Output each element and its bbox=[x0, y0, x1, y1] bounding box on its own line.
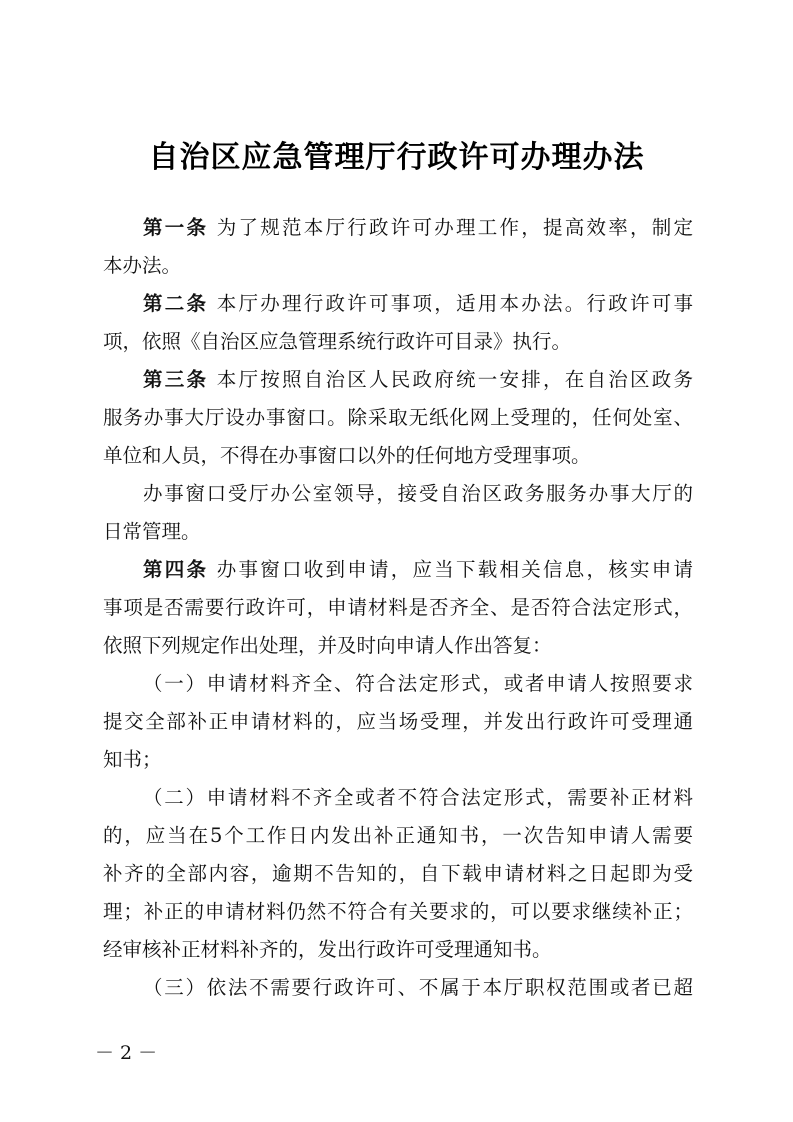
item-2-line-3: 补齐的全部内容，逾期不告知的，自下载申请材料之日起即为受 bbox=[103, 858, 693, 890]
article-label: 第四条 bbox=[143, 558, 208, 581]
page-number: － 2 － bbox=[95, 1038, 157, 1065]
item-2-line-4: 理；补正的申请材料仍然不符合有关要求的，可以要求继续补正； bbox=[103, 896, 693, 928]
item-1-line-3: 知书； bbox=[103, 744, 693, 776]
article-4-line-3: 依照下列规定作出处理，并及时向申请人作出答复： bbox=[103, 630, 693, 662]
item-1-line-2: 提交全部补正申请材料的，应当场受理，并发出行政许可受理通 bbox=[103, 706, 693, 738]
item-3-line-1: （三）依法不需要行政许可、不属于本厅职权范围或者已超 bbox=[143, 972, 693, 1004]
paragraph-window-line-1: 办事窗口受厅办公室领导，接受自治区政务服务办事大厅的 bbox=[143, 478, 693, 510]
article-label: 第三条 bbox=[143, 368, 208, 391]
item-2-line-1: （二）申请材料不齐全或者不符合法定形式，需要补正材料 bbox=[143, 782, 693, 814]
article-label: 第一条 bbox=[143, 216, 208, 239]
article-2-line-1: 第二条 本厅办理行政许可事项，适用本办法。行政许可事 bbox=[143, 288, 693, 320]
item-1-line-1: （一）申请材料齐全、符合法定形式，或者申请人按照要求 bbox=[143, 668, 693, 700]
paragraph-window-line-2: 日常管理。 bbox=[103, 516, 693, 548]
article-4-line-2: 事项是否需要行政许可，申请材料是否齐全、是否符合法定形式， bbox=[103, 592, 693, 624]
article-4-line-1: 第四条 办事窗口收到申请，应当下载相关信息，核实申请 bbox=[143, 554, 693, 586]
article-1-line-1: 第一条 为了规范本厅行政许可办理工作，提高效率，制定 bbox=[143, 212, 693, 244]
article-2-line-2: 项，依照《自治区应急管理系统行政许可目录》执行。 bbox=[103, 326, 693, 358]
article-1-line-2: 本办法。 bbox=[103, 250, 693, 282]
article-3-line-3: 单位和人员，不得在办事窗口以外的任何地方受理事项。 bbox=[103, 440, 693, 472]
article-3-line-2: 服务办事大厅设办事窗口。除采取无纸化网上受理的，任何处室、 bbox=[103, 402, 693, 434]
article-label: 第二条 bbox=[143, 292, 208, 315]
document-title: 自治区应急管理厅行政许可办理办法 bbox=[0, 132, 793, 176]
item-2-line-2: 的，应当在5个工作日内发出补正通知书，一次告知申请人需要 bbox=[103, 820, 693, 852]
article-3-line-1: 第三条 本厅按照自治区人民政府统一安排，在自治区政务 bbox=[143, 364, 693, 396]
item-2-line-5: 经审核补正材料补齐的，发出行政许可受理通知书。 bbox=[103, 934, 693, 966]
